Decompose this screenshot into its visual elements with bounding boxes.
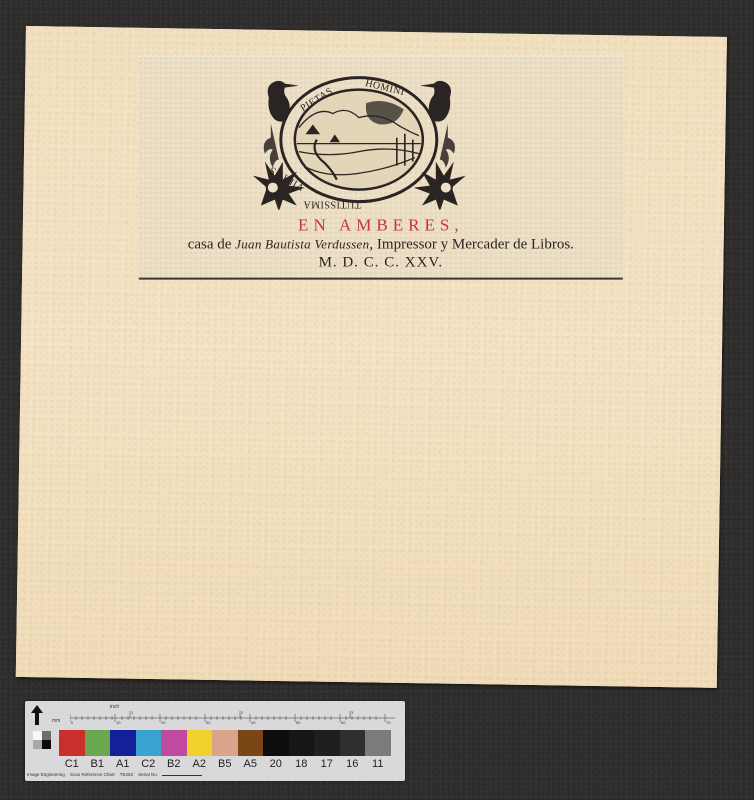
- svg-text:TUTISSIMA: TUTISSIMA: [303, 199, 361, 210]
- svg-text:2: 2: [241, 710, 244, 715]
- swatch-label: C1: [59, 758, 85, 770]
- chart-serial-label: Serial No.: [138, 772, 158, 777]
- chart-name: Scan Reference Chart: [70, 772, 115, 777]
- swatch-b1: [85, 730, 111, 756]
- swatch-11: [365, 730, 391, 756]
- printer-device-woodcut: PIETAS HOMINI TUTISSIMA VIRTUS: [247, 68, 472, 210]
- imprint-rule: [139, 278, 623, 280]
- ruler: 0 10 20 30 40 50 60 70 1 2 3: [70, 710, 395, 724]
- serial-line: [162, 775, 202, 776]
- chart-model: TE263: [120, 772, 133, 777]
- swatch-label: B2: [161, 758, 187, 770]
- swatch-label: 11: [365, 758, 391, 770]
- swatch-label: 18: [289, 758, 315, 770]
- stork-left-icon: [264, 81, 299, 168]
- swatch-label: C2: [136, 758, 162, 770]
- swatch-17: [314, 730, 340, 756]
- swatch-label: A5: [238, 758, 264, 770]
- imprint-year: M. D. C. C. XXV.: [139, 254, 623, 272]
- svg-text:70: 70: [386, 720, 391, 724]
- printer-prefix: casa de: [188, 237, 235, 253]
- swatch-a1: [110, 730, 136, 756]
- swatch-labels: C1 B1 A1 C2 B2 A2 B5 A5 20 18 17 16 11: [59, 758, 391, 770]
- svg-text:20: 20: [161, 720, 166, 724]
- document-page: PIETAS HOMINI TUTISSIMA VIRTUS EN AMBERE…: [16, 26, 727, 688]
- swatch-a5: [238, 730, 264, 756]
- swatch-label: 20: [263, 758, 289, 770]
- stork-right-icon: [420, 81, 455, 168]
- swatch-label: A2: [187, 758, 213, 770]
- swatch-18: [289, 730, 315, 756]
- swatch-label: A1: [110, 758, 136, 770]
- swatch-label: 16: [340, 758, 366, 770]
- svg-text:30: 30: [206, 720, 211, 724]
- svg-text:40: 40: [251, 720, 256, 724]
- swatch-b2: [161, 730, 187, 756]
- printer-suffix: , Impressor y Mercader de Libros.: [369, 237, 574, 253]
- top-trim-marks: [139, 56, 623, 59]
- swatch-16: [340, 730, 366, 756]
- mm-label: mm: [52, 718, 60, 724]
- imprint-printer: casa de Juan Bautista Verdussen, Impress…: [139, 236, 623, 254]
- svg-text:60: 60: [341, 720, 346, 724]
- svg-text:3: 3: [351, 710, 354, 715]
- scan-reference-chart: inch mm 0 10 20 30 40: [25, 701, 405, 781]
- swatch-c2: [136, 730, 162, 756]
- swatch-20: [263, 730, 289, 756]
- chart-footer: Image Engineering Scan Reference Chart T…: [27, 772, 206, 777]
- swatch-c1: [59, 730, 85, 756]
- swatch-label: B5: [212, 758, 238, 770]
- svg-text:10: 10: [116, 720, 121, 724]
- chart-maker: Image Engineering: [27, 772, 65, 777]
- swatch-label: B1: [85, 758, 111, 770]
- svg-text:1: 1: [131, 710, 134, 715]
- imprint-text: EN AMBERES, casa de Juan Bautista Verdus…: [139, 216, 623, 272]
- grey-scale-patch: [33, 731, 51, 749]
- printer-name: Juan Bautista Verdussen: [235, 237, 369, 252]
- svg-text:0: 0: [71, 720, 74, 724]
- swatch-b5: [212, 730, 238, 756]
- imprint-city: EN AMBERES,: [139, 216, 623, 236]
- imprint-inset: PIETAS HOMINI TUTISSIMA VIRTUS EN AMBERE…: [139, 56, 623, 280]
- svg-text:50: 50: [296, 720, 301, 724]
- color-swatches: [59, 730, 391, 756]
- flower-right-icon: [414, 162, 466, 210]
- up-arrow-icon: [30, 704, 44, 726]
- swatch-label: 17: [314, 758, 340, 770]
- swatch-a2: [187, 730, 213, 756]
